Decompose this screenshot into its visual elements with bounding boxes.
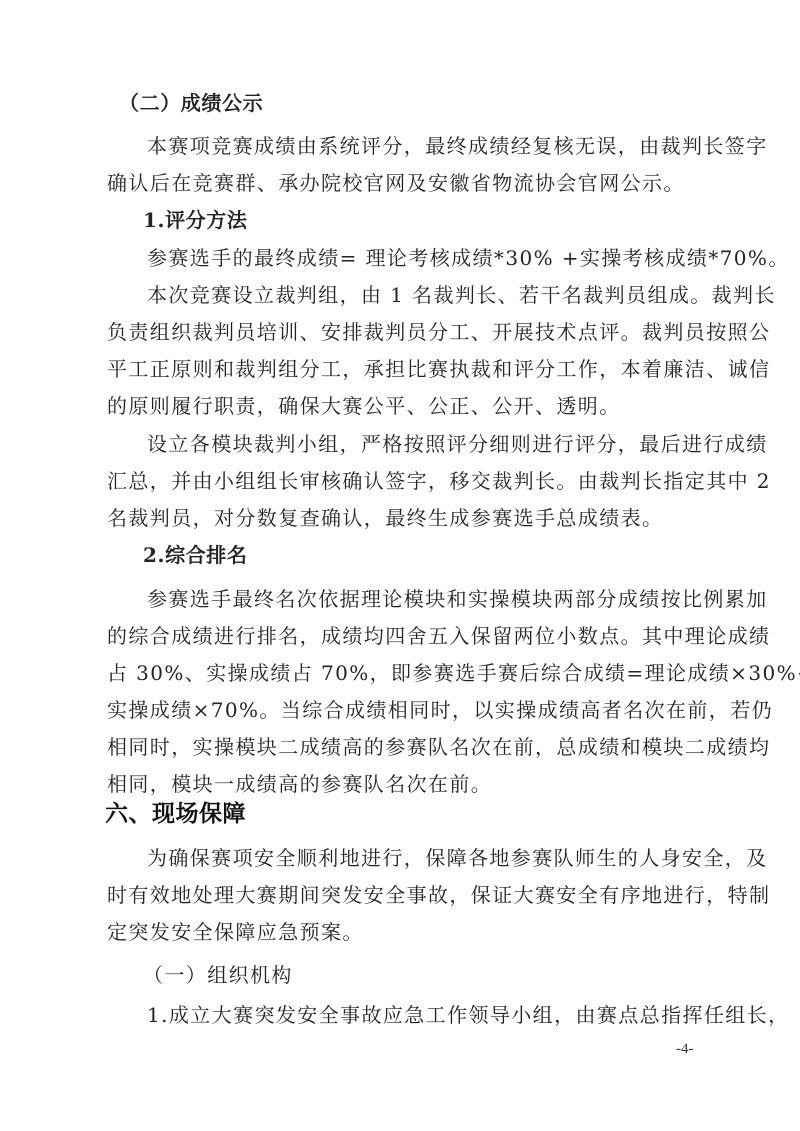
paragraph-line: 确认后在竞赛群、承办院校官网及安徽省物流协会官网公示。: [107, 170, 693, 196]
paragraph-line: 名裁判员，对分数复查确认，最终生成参赛选手总成绩表。: [107, 505, 693, 531]
paragraph-line: 相同，模块一成绩高的参赛队名次在前。: [107, 771, 693, 797]
paragraph-line: 实操成绩×70%。当综合成绩相同时，以实操成绩高者名次在前，若仍: [107, 697, 693, 723]
paragraph-line: 负责组织裁判员培训、安排裁判员分工、开展技术点评。裁判员按照公: [107, 319, 693, 345]
paragraph-line: 汇总，并由小组组长审核确认签字，移交裁判长。由裁判长指定其中 2: [107, 468, 693, 494]
paragraph-line: 的综合成绩进行排名，成绩均四舍五入保留两位小数点。其中理论成绩: [107, 623, 693, 649]
list-item: 1.成立大赛突发安全事故应急工作领导小组，由赛点总指挥任组长，: [107, 1002, 693, 1028]
paragraph-line: 为确保赛项安全顺利地进行，保障各地参赛队师生的人身安全，及: [107, 845, 693, 871]
paragraph-line: 平工正原则和裁判组分工，承担比赛执裁和评分工作，本着廉洁、诚信: [107, 356, 693, 382]
section-heading-score-publication: （二）成绩公示: [119, 90, 263, 116]
paragraph-line: 参赛选手最终名次依据理论模块和实操模块两部分成绩按比例累加: [107, 586, 693, 612]
scoring-formula: 参赛选手的最终成绩= 理论考核成绩*30% +实操考核成绩*70%。: [107, 245, 693, 271]
paragraph-line: 本次竞赛设立裁判组，由 1 名裁判长、若干名裁判员组成。裁判长: [107, 282, 693, 308]
paragraph-line: 时有效地处理大赛期间突发安全事故，保证大赛安全有序地进行，特制: [107, 882, 693, 908]
subheading-overall-ranking: 2.综合排名: [143, 542, 247, 568]
paragraph-line: 占 30%、实操成绩占 70%，即参赛选手赛后综合成绩=理论成绩×30%+: [107, 660, 693, 686]
chapter-heading-onsite-support: 六、现场保障: [105, 801, 246, 827]
page-number: -4-: [676, 1041, 694, 1058]
paragraph-line: 定突发安全保障应急预案。: [107, 919, 693, 945]
section-heading-organization: （一）组织机构: [143, 962, 293, 988]
subheading-scoring-method: 1.评分方法: [143, 207, 247, 233]
paragraph-line: 设立各模块裁判小组，严格按照评分细则进行评分，最后进行成绩: [107, 431, 693, 457]
paragraph-line: 的原则履行职责，确保大赛公平、公正、公开、透明。: [107, 393, 693, 419]
paragraph-line: 相同时，实操模块二成绩高的参赛队名次在前，总成绩和模块二成绩均: [107, 734, 693, 760]
paragraph-line: 本赛项竞赛成绩由系统评分，最终成绩经复核无误，由裁判长签字: [107, 133, 693, 159]
